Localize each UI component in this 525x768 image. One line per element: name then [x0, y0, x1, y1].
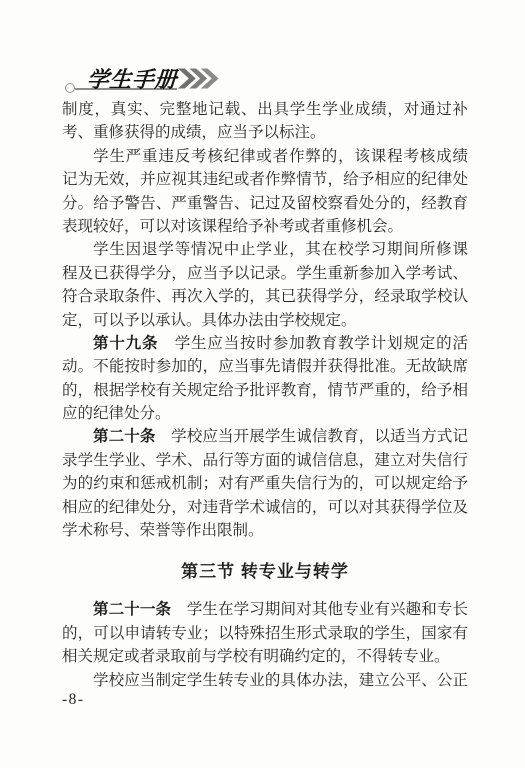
text-line: 第十九条 学生应当按时参加教育教学计划规定的活	[62, 332, 468, 355]
text-line: 学校应当制定学生转专业的具体办法，建立公平、公正	[62, 669, 468, 692]
text-line: 考、重修获得的成绩，应当予以标注。	[62, 121, 468, 144]
text-line: 第二十一条 学生在学习期间对其他专业有兴趣和专长	[62, 598, 468, 621]
text-line: 的，可以申请转专业；以特殊招生形式录取的学生，国家有	[62, 622, 468, 645]
text-line: 学生因退学等情况中止学业，其在校学习期间所修课	[62, 238, 468, 261]
text-line: 程及已获得学分，应当予以记录。学生重新参加入学考试、	[62, 262, 468, 285]
text-line: 符合录取条件、再次入学的，其已获得学分，经录取学校认	[62, 285, 468, 308]
article-number: 第二十一条	[93, 601, 171, 618]
text-line: 制度，真实、完整地记载、出具学生学业成绩，对通过补	[62, 98, 468, 121]
text-line: 学术称号、荣誉等作出限制。	[62, 519, 468, 542]
handbook-page: 学生手册 制度，真实、完整地记载、出具学生学业成绩，对通过补考、重修获得的成绩，…	[0, 0, 525, 768]
text-line: 表现较好，可以对该课程给予补考或者重修机会。	[62, 215, 468, 238]
text-line: 第二十条 学校应当开展学生诚信教育，以适当方式记	[62, 425, 468, 448]
text-line: 相应的纪律处分，对违背学术诚信的，可以对其获得学位及	[62, 496, 468, 519]
booklet-title: 学生手册	[86, 63, 178, 94]
page-number: -8-	[62, 691, 85, 709]
header-circle-ornament	[65, 83, 75, 93]
text-line: 为的约束和惩戒机制；对有严重失信行为的，可以规定给予	[62, 472, 468, 495]
text-line: 分。给予警告、严重警告、记过及留校察看处分的，经教育	[62, 192, 468, 215]
text-line: 应的纪律处分。	[62, 402, 468, 425]
text-line: 相关规定或者录取前与学校有明确约定的，不得转专业。	[62, 645, 468, 668]
article-number: 第十九条	[93, 335, 158, 352]
article-number: 第二十条	[93, 428, 156, 445]
text-line: 学生严重违反考核纪律或者作弊的，该课程考核成绩	[62, 145, 468, 168]
text-line: 的，根据学校有关规定给予批评教育，情节严重的，给予相	[62, 379, 468, 402]
section-heading: 第三节 转专业与转学	[62, 559, 468, 585]
triple-chevron-right-icon	[177, 68, 219, 89]
running-header: 学生手册	[62, 63, 468, 97]
text-line: 录学生学业、学术、品行等方面的诚信信息，建立对失信行	[62, 449, 468, 472]
text-line: 定，可以予以承认。具体办法由学校规定。	[62, 309, 468, 332]
text-line: 动。不能按时参加的，应当事先请假并获得批准。无故缺席	[62, 355, 468, 378]
content-blocks: 制度，真实、完整地记载、出具学生学业成绩，对通过补考、重修获得的成绩，应当予以标…	[62, 98, 468, 692]
text-line: 记为无效，并应视其违纪或者作弊情节，给予相应的纪律处	[62, 168, 468, 191]
